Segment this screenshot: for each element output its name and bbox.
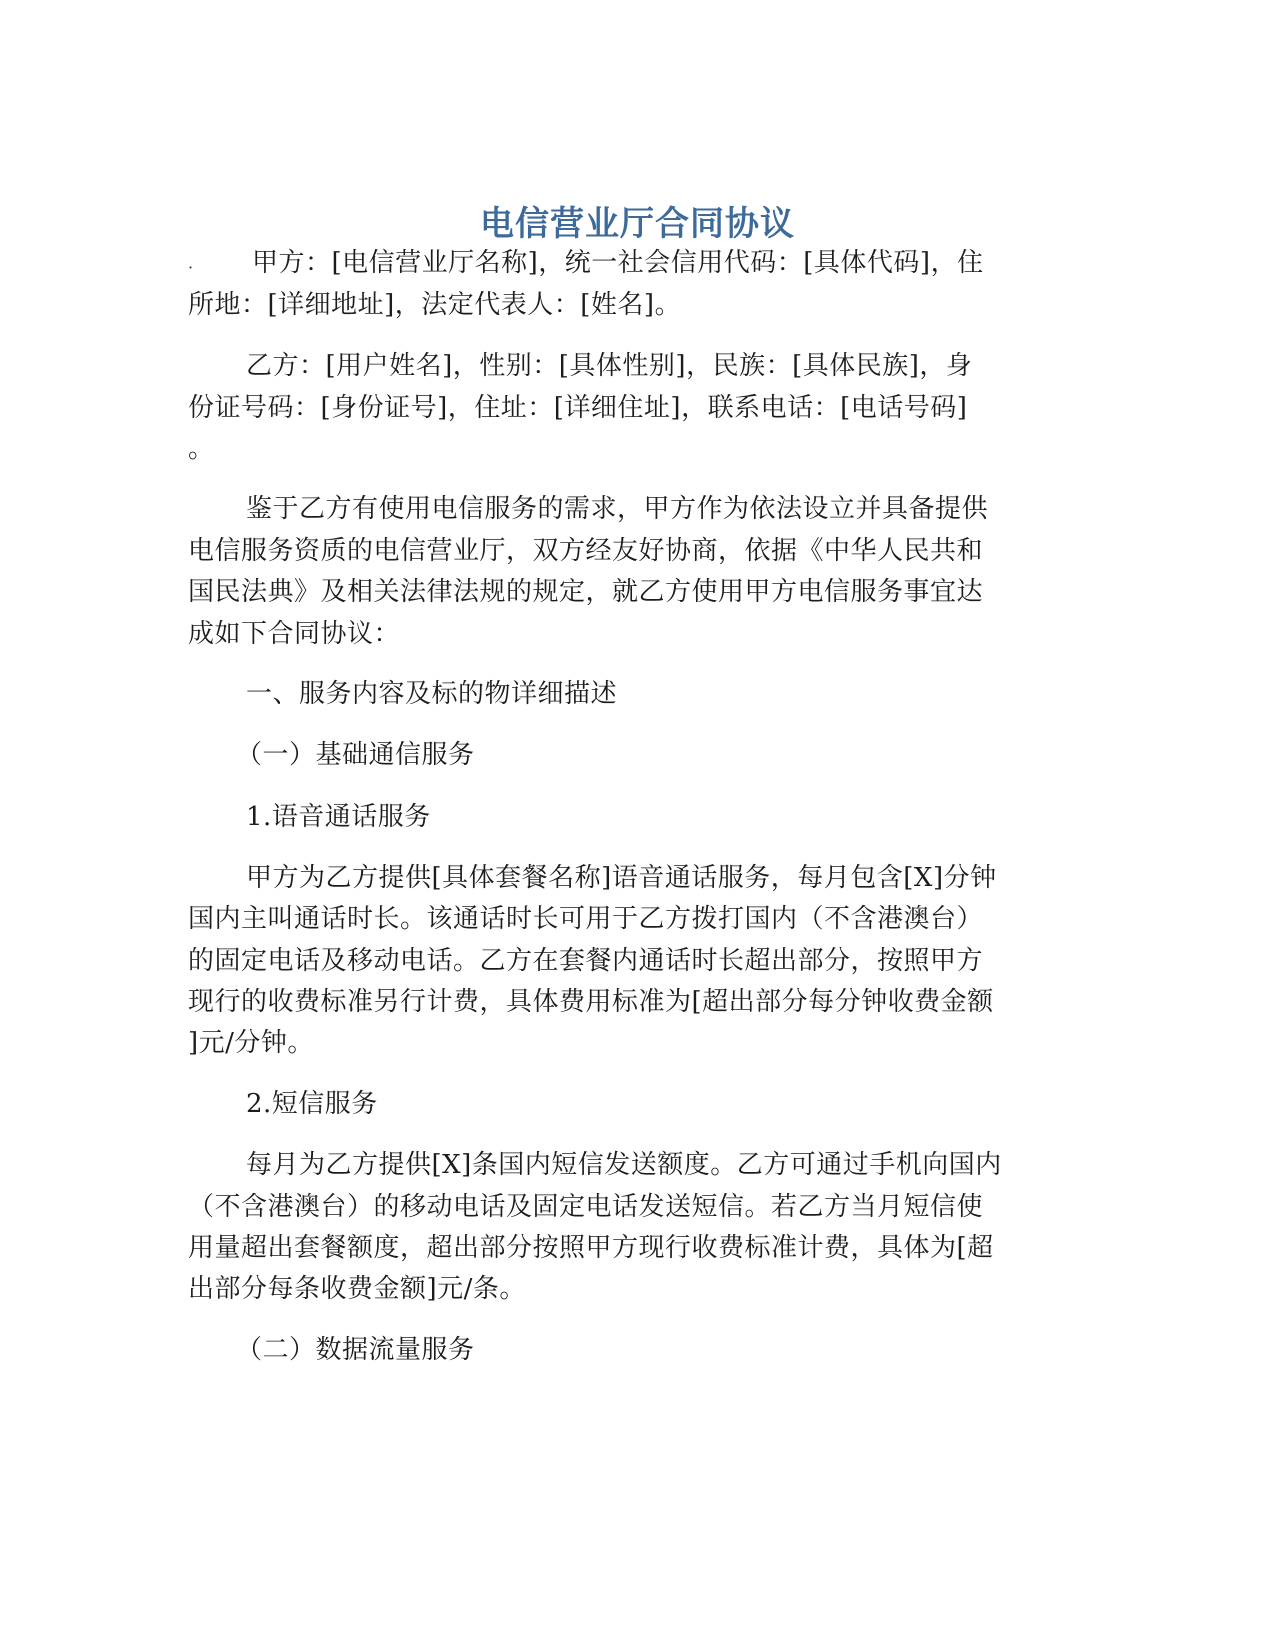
paragraph-line: 份证号码：[身份证号]，住址：[详细住址]，联系电话：[电话号码] — [188, 393, 967, 423]
paragraph-line: 国内主叫通话时长。该通话时长可用于乙方拨打国内（不含港澳台） — [188, 904, 983, 934]
paragraph-line: 的固定电话及移动电话。乙方在套餐内通话时长超出部分，按照甲方 — [188, 946, 983, 976]
paragraph-line: ]元/分钟。 — [188, 1028, 314, 1058]
paragraph-line: 用量超出套餐额度，超出部分按照甲方现行收费标准计费，具体为[超 — [188, 1233, 994, 1263]
item-heading: 1.语音通话服务 — [246, 802, 431, 832]
paragraph-line: 所地：[详细地址]，法定代表人：[姓名]。 — [188, 290, 681, 320]
paragraph-line: 鉴于乙方有使用电信服务的需求，甲方作为依法设立并具备提供 — [246, 494, 988, 524]
section-heading: 一、服务内容及标的物详细描述 — [246, 679, 617, 709]
subsection-heading: （一）基础通信服务 — [236, 740, 475, 770]
paragraph-line: 乙方：[用户姓名]，性别：[具体性别]，民族：[具体民族]，身 — [246, 351, 972, 381]
paragraph-line: 成如下合同协议： — [188, 619, 400, 649]
paragraph-line: （不含港澳台）的移动电话及固定电话发送短信。若乙方当月短信使 — [188, 1192, 983, 1222]
paragraph-line: 现行的收费标准另行计费，具体费用标准为[超出部分每分钟收费金额 — [188, 987, 994, 1017]
paragraph-line: 国民法典》及相关法律法规的规定，就乙方使用甲方电信服务事宜达 — [188, 577, 983, 607]
item-heading: 2.短信服务 — [246, 1089, 378, 1119]
document-page: 电信营业厅合同协议 · 甲方：[电信营业厅名称]，统一社会信用代码：[具体代码]… — [0, 0, 1275, 1650]
document-title: 电信营业厅合同协议 — [0, 196, 1275, 245]
bullet-icon: · — [188, 258, 193, 277]
subsection-heading: （二）数据流量服务 — [236, 1335, 475, 1365]
paragraph-line: 出部分每条收费金额]元/条。 — [188, 1274, 526, 1304]
paragraph-line: 甲方：[电信营业厅名称]，统一社会信用代码：[具体代码]，住 — [252, 248, 984, 278]
paragraph-line: 每月为乙方提供[X]条国内短信发送额度。乙方可通过手机向国内 — [246, 1150, 1002, 1180]
paragraph-line: 甲方为乙方提供[具体套餐名称]语音通话服务，每月包含[X]分钟 — [246, 863, 997, 893]
paragraph-line: 。 — [188, 434, 215, 464]
paragraph-line: 电信服务资质的电信营业厅，双方经友好协商，依据《中华人民共和 — [188, 536, 983, 566]
